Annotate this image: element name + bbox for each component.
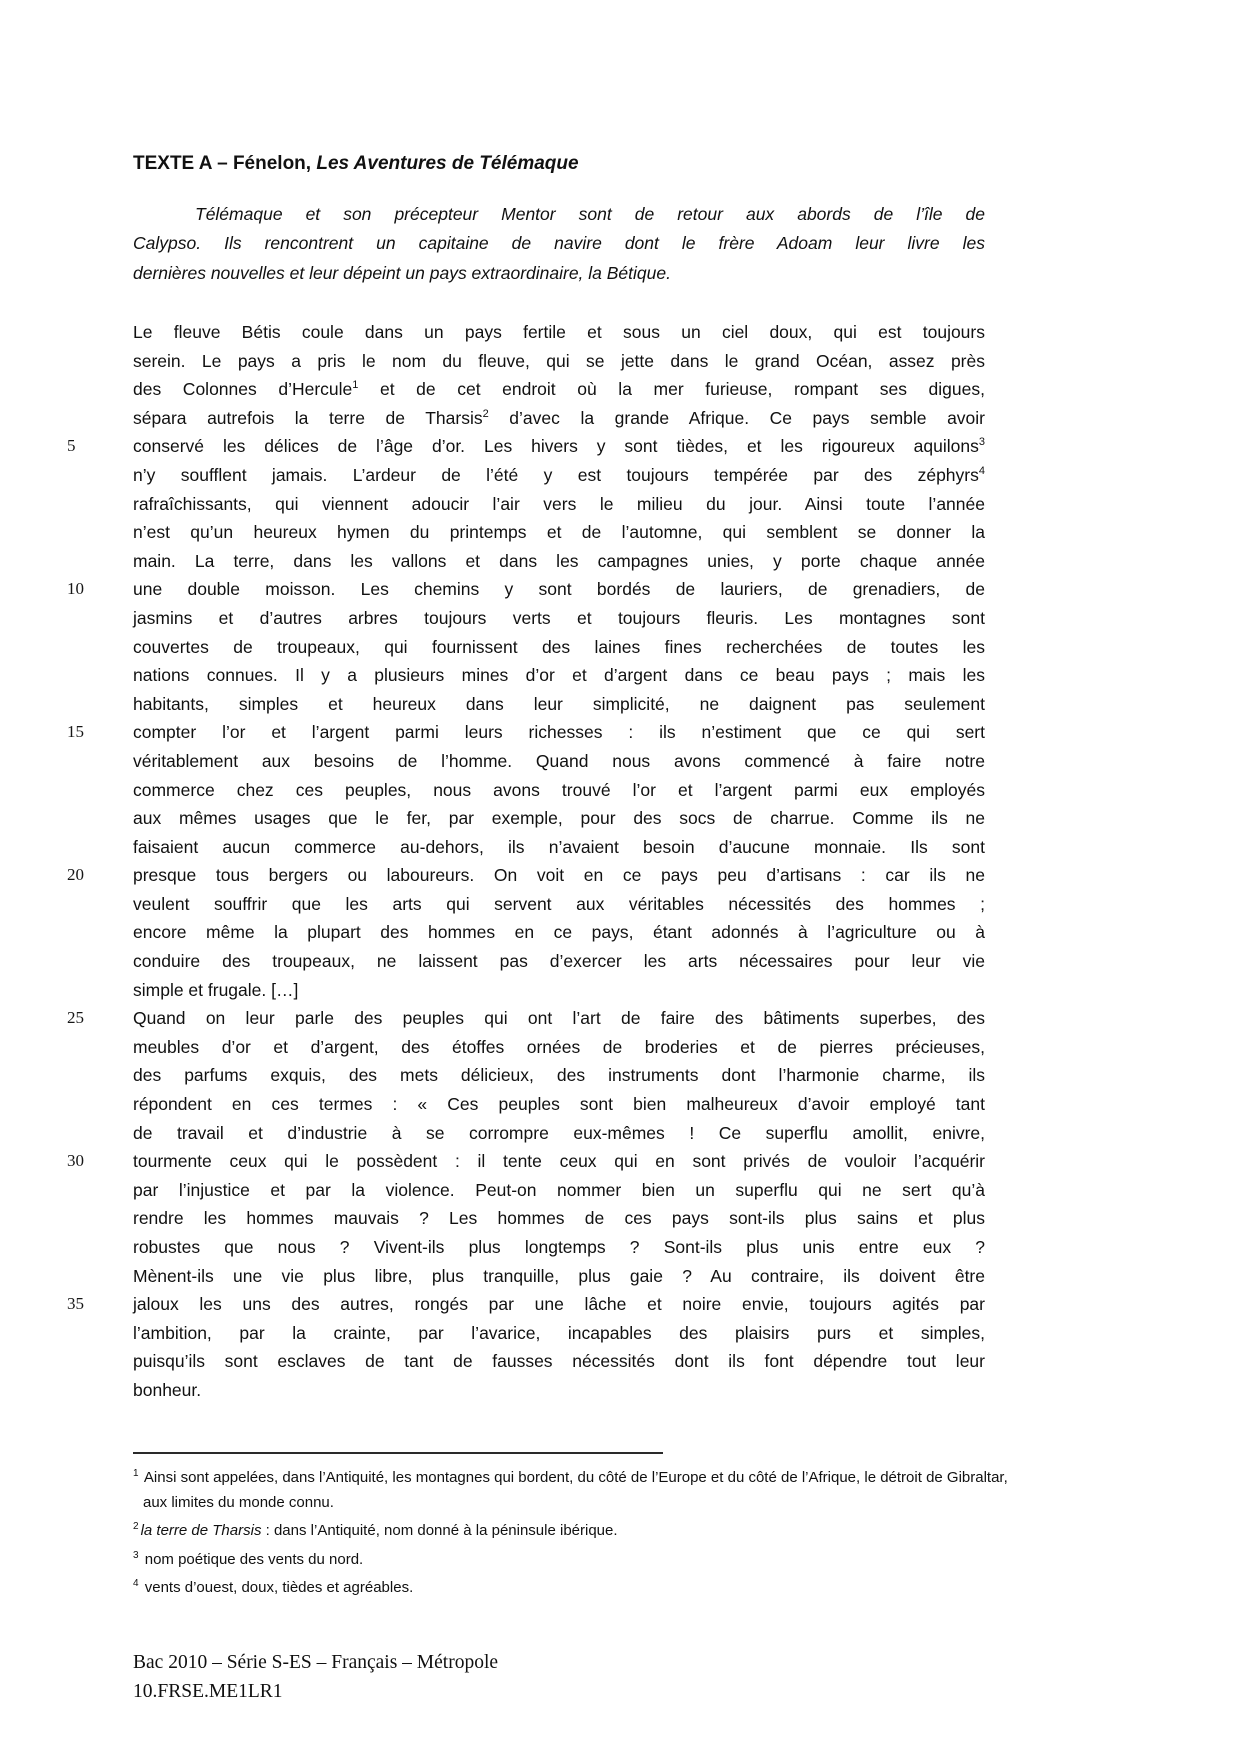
text-line: serein. Le pays a pris le nom du fleuve,… — [133, 347, 985, 376]
title-work-name: Les Aventures de Télémaque — [316, 153, 578, 174]
text-line: conduire des troupeaux, ne laissent pas … — [133, 947, 985, 976]
text-line: 35jaloux les uns des autres, rongés par … — [133, 1290, 985, 1319]
footnote-number: 1 — [133, 1468, 139, 1479]
text-line: 20presque tous bergers ou laboureurs. On… — [133, 861, 985, 890]
text-line: couvertes de troupeaux, qui fournissent … — [133, 633, 985, 662]
text-line: 15compter l’or et l’argent parmi leurs r… — [133, 718, 985, 747]
text-line: de travail et d’industrie à se corrompre… — [133, 1119, 985, 1148]
text-line: des parfums exquis, des mets délicieux, … — [133, 1061, 985, 1090]
text-line: habitants, simples et heureux dans leur … — [133, 690, 985, 719]
title-prefix: TEXTE A – Fénelon, — [133, 153, 316, 174]
text-line: 25Quand on leur parle des peuples qui on… — [133, 1004, 985, 1033]
text-line: commerce chez ces peuples, nous avons tr… — [133, 776, 985, 805]
footnote-italic-term: la terre de Tharsis — [141, 1522, 262, 1539]
footnote-number: 3 — [133, 1550, 139, 1561]
text-line: rendre les hommes mauvais ? Les hommes d… — [133, 1204, 985, 1233]
footnote: 2la terre de Tharsis : dans l’Antiquité,… — [133, 1515, 1023, 1544]
document-page: TEXTE A – Fénelon, Les Aventures de Télé… — [0, 0, 1240, 1754]
text-line: veulent souffrir que les arts qui serven… — [133, 890, 985, 919]
text-line: n’est qu’un heureux hymen du printemps e… — [133, 518, 985, 547]
text-line: véritablement aux besoins de l’homme. Qu… — [133, 747, 985, 776]
text-line: Mènent-ils une vie plus libre, plus tran… — [133, 1262, 985, 1291]
footnote-separator — [133, 1452, 663, 1454]
footnote: 1 Ainsi sont appelées, dans l’Antiquité,… — [133, 1462, 1023, 1515]
text-line: sépara autrefois la terre de Tharsis2 d’… — [133, 404, 985, 433]
intro-line: Calypso. Ils rencontrent un capitaine de… — [133, 229, 985, 258]
text-line: répondent en ces termes : « Ces peuples … — [133, 1090, 985, 1119]
text-line: rafraîchissants, qui viennent adoucir l’… — [133, 490, 985, 519]
text-line: faisaient aucun commerce au-dehors, ils … — [133, 833, 985, 862]
footer-exam-reference: Bac 2010 – Série S-ES – Français – Métro… — [133, 1648, 498, 1677]
text-line: par l’injustice et par la violence. Peut… — [133, 1176, 985, 1205]
line-number: 15 — [67, 718, 100, 747]
line-number: 25 — [67, 1004, 100, 1033]
page-footer: Bac 2010 – Série S-ES – Français – Métro… — [133, 1648, 498, 1706]
footnote-ref: 3 — [979, 437, 985, 449]
text-line: nations connues. Il y a plusieurs mines … — [133, 661, 985, 690]
line-number: 5 — [67, 432, 100, 461]
text-line: l’ambition, par la crainte, par l’avaric… — [133, 1319, 985, 1348]
text-line: encore même la plupart des hommes en ce … — [133, 918, 985, 947]
intro-line: dernières nouvelles et leur dépeint un p… — [133, 259, 985, 288]
footnote-number: 2 — [133, 1521, 139, 1532]
footer-document-code: 10.FRSE.ME1LR1 — [133, 1677, 498, 1706]
text-line: des Colonnes d’Hercule1 et de cet endroi… — [133, 375, 985, 404]
text-line: main. La terre, dans les vallons et dans… — [133, 547, 985, 576]
line-number: 30 — [67, 1147, 100, 1176]
text-line: Le fleuve Bétis coule dans un pays ferti… — [133, 318, 985, 347]
text-line: puisqu’ils sont esclaves de tant de faus… — [133, 1347, 985, 1376]
line-number: 20 — [67, 861, 100, 890]
text-line: meubles d’or et d’argent, des étoffes or… — [133, 1033, 985, 1062]
footnote-ref: 1 — [352, 379, 358, 391]
line-number: 10 — [67, 575, 100, 604]
line-number: 35 — [67, 1290, 100, 1319]
text-line: jasmins et d’autres arbres toujours vert… — [133, 604, 985, 633]
text-line: 10une double moisson. Les chemins y sont… — [133, 575, 985, 604]
footnote-number: 4 — [133, 1578, 139, 1589]
intro-paragraph: Télémaque et son précepteur Mentor sont … — [133, 200, 985, 288]
footnote-ref: 2 — [483, 408, 489, 420]
intro-line: Télémaque et son précepteur Mentor sont … — [133, 200, 985, 229]
page-title: TEXTE A – Fénelon, Les Aventures de Télé… — [133, 151, 579, 177]
footnotes: 1 Ainsi sont appelées, dans l’Antiquité,… — [133, 1462, 1023, 1601]
footnote: 4 vents d’ouest, doux, tièdes et agréabl… — [133, 1572, 1023, 1601]
text-line: 5conservé les délices de l’âge d’or. Les… — [133, 432, 985, 461]
text-line: robustes que nous ? Vivent-ils plus long… — [133, 1233, 985, 1262]
text-line: n’y soufflent jamais. L’ardeur de l’été … — [133, 461, 985, 490]
body-text: Le fleuve Bétis coule dans un pays ferti… — [133, 318, 985, 1405]
footnote: 3 nom poétique des vents du nord. — [133, 1544, 1023, 1573]
text-line: aux mêmes usages que le fer, par exemple… — [133, 804, 985, 833]
text-line: simple et frugale. […] — [133, 976, 985, 1005]
text-line: bonheur. — [133, 1376, 985, 1405]
footnote-ref: 4 — [979, 465, 985, 477]
text-line: 30tourmente ceux qui le possèdent : il t… — [133, 1147, 985, 1176]
